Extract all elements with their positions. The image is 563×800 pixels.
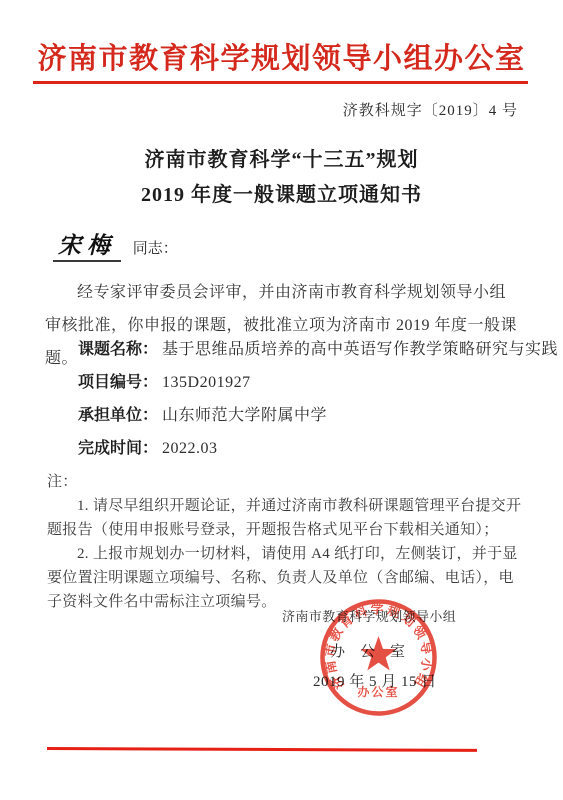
field-label: 完成时间：	[78, 440, 158, 457]
field-value: 基于思维品质培养的高中英语写作教学策略研究与实践	[162, 341, 558, 358]
field-value: 135D201927	[162, 374, 251, 391]
star-icon	[360, 636, 396, 670]
field-row-completion-time: 完成时间： 2022.03	[78, 439, 528, 459]
note-item-1: 1. 请尽早组织开题论证，并通过济南市教科研课题管理平台提交开题报告（使用申报账…	[47, 494, 522, 542]
official-seal: 济南市教育科学规划领导小组 办公室	[316, 595, 441, 720]
document-page: 济南市教育科学规划领导小组办公室 济教科规字〔2019〕4 号 济南市教育科学“…	[0, 0, 563, 800]
field-row-undertaking-unit: 承担单位： 山东师范大学附属中学	[78, 406, 528, 426]
recipient-name: 宋梅	[53, 234, 121, 262]
field-list: 课题名称： 基于思维品质培养的高中英语写作教学策略研究与实践 项目编号： 135…	[78, 340, 528, 472]
field-label: 课题名称：	[78, 341, 158, 358]
notice-title-line1: 济南市教育科学“十三五”规划	[0, 143, 563, 178]
doc-number: 济教科规字〔2019〕4 号	[343, 99, 518, 120]
letterhead-rule	[33, 81, 528, 84]
notice-title: 济南市教育科学“十三五”规划 2019 年度一般课题立项通知书	[0, 143, 563, 213]
letterhead-title: 济南市教育科学规划领导小组办公室	[0, 36, 563, 77]
recipient-suffix: 同志：	[133, 241, 178, 257]
note-item-2: 2. 上报市规划办一切材料，请使用 A4 纸打印，左侧装订，并于显要位置注明课题…	[47, 542, 522, 614]
field-row-topic-name: 课题名称： 基于思维品质培养的高中英语写作教学策略研究与实践	[78, 340, 528, 360]
field-value: 山东师范大学附属中学	[162, 407, 327, 424]
field-label: 项目编号：	[78, 374, 158, 391]
field-value: 2022.03	[162, 440, 218, 457]
notes-label: 注：	[47, 470, 522, 494]
recipient-line: 宋梅 同志：	[53, 234, 178, 262]
notice-title-line2: 2019 年度一般课题立项通知书	[0, 178, 563, 213]
field-row-project-id: 项目编号： 135D201927	[78, 373, 528, 393]
seal-bottom-text: 办公室	[357, 684, 399, 699]
notes-section: 注： 1. 请尽早组织开题论证，并通过济南市教科研课题管理平台提交开题报告（使用…	[47, 470, 522, 614]
footer-rule	[47, 747, 477, 751]
field-label: 承担单位：	[78, 407, 158, 424]
